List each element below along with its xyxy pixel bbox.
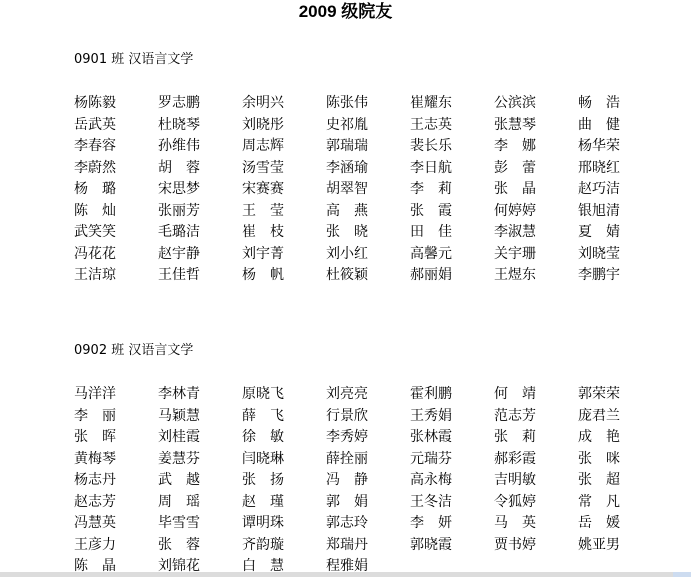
alumni-name: 周志辉 bbox=[242, 136, 326, 158]
alumni-name: 张丽芳 bbox=[158, 201, 242, 223]
alumni-name: 孙维伟 bbox=[158, 136, 242, 158]
alumni-name: 张 莉 bbox=[494, 427, 578, 449]
alumni-name: 赵巧洁 bbox=[578, 179, 662, 201]
alumni-name: 武 越 bbox=[158, 470, 242, 492]
alumni-name: 李蔚然 bbox=[74, 158, 158, 180]
alumni-name: 赵志芳 bbox=[74, 492, 158, 514]
alumni-name: 王煜东 bbox=[494, 265, 578, 287]
alumni-name: 薛拴丽 bbox=[326, 449, 410, 471]
alumni-name: 刘晓莹 bbox=[578, 244, 662, 266]
alumni-name: 胡 蓉 bbox=[158, 158, 242, 180]
alumni-name: 曲 健 bbox=[578, 115, 662, 137]
alumni-name: 杜筱颖 bbox=[326, 265, 410, 287]
alumni-name: 李 娜 bbox=[494, 136, 578, 158]
alumni-name: 刘宇菁 bbox=[242, 244, 326, 266]
alumni-name: 成 艳 bbox=[578, 427, 662, 449]
alumni-name: 李日航 bbox=[410, 158, 494, 180]
alumni-name: 宋赛赛 bbox=[242, 179, 326, 201]
alumni-name: 赵宇静 bbox=[158, 244, 242, 266]
alumni-name: 裴长乐 bbox=[410, 136, 494, 158]
alumni-name: 何婷婷 bbox=[494, 201, 578, 223]
alumni-name: 原晓飞 bbox=[242, 384, 326, 406]
alumni-name: 田 佳 bbox=[410, 222, 494, 244]
alumni-name: 杨志丹 bbox=[74, 470, 158, 492]
alumni-name: 徐 敏 bbox=[242, 427, 326, 449]
name-grid: 马洋洋李林青原晓飞刘亮亮霍利鹏何 靖郭荣荣李 丽马颖慧薛 飞行景欣王秀娟范志芳庞… bbox=[74, 384, 674, 577]
alumni-name: 张 咪 bbox=[578, 449, 662, 471]
alumni-name: 李 丽 bbox=[74, 406, 158, 428]
alumni-name: 吉明敏 bbox=[494, 470, 578, 492]
alumni-name: 令狐婷 bbox=[494, 492, 578, 514]
page-title: 2009 级院友 bbox=[0, 1, 691, 23]
alumni-name: 汤雪莹 bbox=[242, 158, 326, 180]
alumni-name: 郭荣荣 bbox=[578, 384, 662, 406]
alumni-name: 高馨元 bbox=[410, 244, 494, 266]
alumni-name: 李鹏宇 bbox=[578, 265, 662, 287]
alumni-name: 李秀婷 bbox=[326, 427, 410, 449]
alumni-name: 张 扬 bbox=[242, 470, 326, 492]
alumni-name: 张 晓 bbox=[326, 222, 410, 244]
alumni-name: 薛 飞 bbox=[242, 406, 326, 428]
alumni-name: 常 凡 bbox=[578, 492, 662, 514]
alumni-name: 史祁胤 bbox=[326, 115, 410, 137]
alumni-name: 张 超 bbox=[578, 470, 662, 492]
alumni-name: 刘亮亮 bbox=[326, 384, 410, 406]
alumni-name: 谭明珠 bbox=[242, 513, 326, 535]
alumni-name: 邢晓红 bbox=[578, 158, 662, 180]
class-section-0902: 0902 班 汉语言文学 马洋洋李林青原晓飞刘亮亮霍利鹏何 靖郭荣荣李 丽马颖慧… bbox=[74, 343, 674, 577]
alumni-name: 郝丽娟 bbox=[410, 265, 494, 287]
class-header: 0901 班 汉语言文学 bbox=[74, 52, 674, 68]
alumni-name: 李涵瑜 bbox=[326, 158, 410, 180]
alumni-name: 王 莹 bbox=[242, 201, 326, 223]
alumni-name: 张慧琴 bbox=[494, 115, 578, 137]
alumni-name: 彭 蕾 bbox=[494, 158, 578, 180]
alumni-name: 岳 媛 bbox=[578, 513, 662, 535]
alumni-name: 张林霞 bbox=[410, 427, 494, 449]
alumni-name: 余明兴 bbox=[242, 93, 326, 115]
alumni-name: 闫晓琳 bbox=[242, 449, 326, 471]
alumni-name: 马颖慧 bbox=[158, 406, 242, 428]
alumni-name: 郑瑞丹 bbox=[326, 535, 410, 557]
alumni-name: 马洋洋 bbox=[74, 384, 158, 406]
alumni-name: 王彦力 bbox=[74, 535, 158, 557]
alumni-name: 刘晓彤 bbox=[242, 115, 326, 137]
alumni-name: 冯花花 bbox=[74, 244, 158, 266]
alumni-name: 崔耀东 bbox=[410, 93, 494, 115]
alumni-name: 高永梅 bbox=[410, 470, 494, 492]
alumni-name: 王冬洁 bbox=[410, 492, 494, 514]
class-section-0901: 0901 班 汉语言文学 杨陈毅罗志鹏余明兴陈张伟崔耀东公滨滨畅 浩岳武英杜晓琴… bbox=[74, 52, 674, 287]
alumni-name: 武笑笑 bbox=[74, 222, 158, 244]
alumni-name: 刘小红 bbox=[326, 244, 410, 266]
alumni-name: 王秀娟 bbox=[410, 406, 494, 428]
alumni-name: 毛璐洁 bbox=[158, 222, 242, 244]
alumni-name: 李 妍 bbox=[410, 513, 494, 535]
alumni-name: 岳武英 bbox=[74, 115, 158, 137]
alumni-name: 贾书婷 bbox=[494, 535, 578, 557]
alumni-name: 赵 瑾 bbox=[242, 492, 326, 514]
alumni-name: 张 霞 bbox=[410, 201, 494, 223]
alumni-name: 周 瑶 bbox=[158, 492, 242, 514]
alumni-name: 姚亚男 bbox=[578, 535, 662, 557]
alumni-name: 胡翠智 bbox=[326, 179, 410, 201]
alumni-name: 高 燕 bbox=[326, 201, 410, 223]
alumni-name: 杨陈毅 bbox=[74, 93, 158, 115]
alumni-name: 毕雪雪 bbox=[158, 513, 242, 535]
alumni-name: 郝彩霞 bbox=[494, 449, 578, 471]
alumni-name: 宋思梦 bbox=[158, 179, 242, 201]
alumni-name: 郭晓霞 bbox=[410, 535, 494, 557]
alumni-name: 冯 静 bbox=[326, 470, 410, 492]
alumni-name: 杜晓琴 bbox=[158, 115, 242, 137]
alumni-name: 行景欣 bbox=[326, 406, 410, 428]
alumni-name: 罗志鹏 bbox=[158, 93, 242, 115]
scrollbar-thumb[interactable] bbox=[673, 572, 691, 577]
alumni-name: 范志芳 bbox=[494, 406, 578, 428]
alumni-name: 杨华荣 bbox=[578, 136, 662, 158]
alumni-name: 李淑慧 bbox=[494, 222, 578, 244]
alumni-name: 畅 浩 bbox=[578, 93, 662, 115]
alumni-name: 杨 帆 bbox=[242, 265, 326, 287]
alumni-name: 李 莉 bbox=[410, 179, 494, 201]
alumni-name: 李春容 bbox=[74, 136, 158, 158]
alumni-name: 陈 灿 bbox=[74, 201, 158, 223]
alumni-name: 公滨滨 bbox=[494, 93, 578, 115]
alumni-name: 夏 婧 bbox=[578, 222, 662, 244]
alumni-name: 郭 娟 bbox=[326, 492, 410, 514]
alumni-name: 郭瑞瑞 bbox=[326, 136, 410, 158]
alumni-name: 王佳哲 bbox=[158, 265, 242, 287]
alumni-name: 刘桂霞 bbox=[158, 427, 242, 449]
class-header: 0902 班 汉语言文学 bbox=[74, 343, 674, 359]
alumni-name: 姜慧芬 bbox=[158, 449, 242, 471]
alumni-name: 元瑞芬 bbox=[410, 449, 494, 471]
alumni-name: 张 晶 bbox=[494, 179, 578, 201]
alumni-name: 王志英 bbox=[410, 115, 494, 137]
horizontal-scrollbar[interactable] bbox=[0, 572, 691, 577]
alumni-name: 关宇珊 bbox=[494, 244, 578, 266]
alumni-name: 郭志玲 bbox=[326, 513, 410, 535]
alumni-name: 马 英 bbox=[494, 513, 578, 535]
alumni-name: 庞君兰 bbox=[578, 406, 662, 428]
alumni-name: 张 蓉 bbox=[158, 535, 242, 557]
alumni-name: 银旭清 bbox=[578, 201, 662, 223]
alumni-name: 陈张伟 bbox=[326, 93, 410, 115]
alumni-name: 杨 璐 bbox=[74, 179, 158, 201]
alumni-name: 霍利鹏 bbox=[410, 384, 494, 406]
alumni-name: 李林青 bbox=[158, 384, 242, 406]
alumni-name: 齐韵璇 bbox=[242, 535, 326, 557]
alumni-name: 何 靖 bbox=[494, 384, 578, 406]
alumni-name: 崔 枝 bbox=[242, 222, 326, 244]
name-grid: 杨陈毅罗志鹏余明兴陈张伟崔耀东公滨滨畅 浩岳武英杜晓琴刘晓彤史祁胤王志英张慧琴曲… bbox=[74, 93, 674, 287]
alumni-name: 黄梅琴 bbox=[74, 449, 158, 471]
alumni-name: 王洁琼 bbox=[74, 265, 158, 287]
alumni-name: 冯慧英 bbox=[74, 513, 158, 535]
alumni-name: 张 晖 bbox=[74, 427, 158, 449]
